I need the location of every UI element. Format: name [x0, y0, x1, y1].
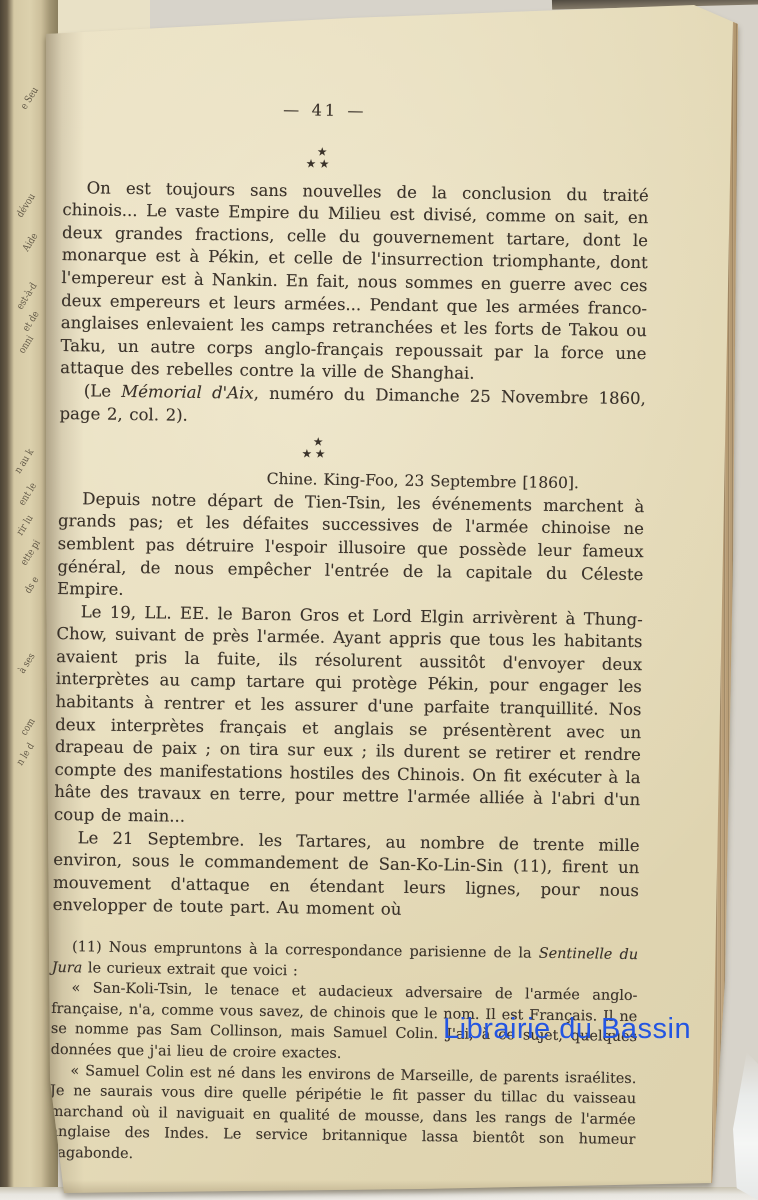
footnote-block: (11) Nous empruntons à la correspondance… — [49, 937, 638, 1172]
page-number: — 41 — — [32, 96, 618, 127]
letter-paragraph: Depuis notre départ de Tien-Tsin, les év… — [57, 488, 645, 609]
star-icon: ★ — [319, 156, 333, 170]
bookseller-watermark: Librairie du Bassin — [443, 1013, 691, 1046]
text-column: — 41 — ★ ★★ On est toujours sans nouvell… — [49, 96, 650, 1172]
footnote-paragraph: « Samuel Colin est né dans les environs … — [49, 1060, 636, 1171]
citation-journal-title: Mémorial d'Aix — [121, 382, 254, 403]
intro-paragraph: On est toujours sans nouvelles de la con… — [60, 177, 649, 389]
letter-paragraph: Le 19, LL. EE. le Baron Gros et Lord Elg… — [54, 601, 643, 835]
star-icon: ★ — [313, 437, 323, 447]
footnote-text: le curieux extrait que voici : — [82, 960, 298, 979]
footnote-text: (11) Nous empruntons à la correspondance… — [72, 939, 539, 962]
fore-edge-pages — [700, 0, 758, 1200]
asterism-ornament: ★ ★★ — [299, 146, 339, 169]
star-icon: ★ — [315, 447, 329, 461]
source-citation: (Le Mémorial d'Aix, numéro du Dimanche 2… — [59, 380, 646, 433]
citation-text: (Le — [84, 381, 122, 401]
star-icon: ★ — [317, 146, 327, 156]
letter-paragraph: Le 21 Septembre. les Tartares, au nombre… — [53, 827, 640, 926]
asterism-ornament: ★ ★★ — [295, 436, 335, 459]
book-photo: e Seu dévou Aide est-à-d et de onni n au… — [0, 0, 758, 1200]
